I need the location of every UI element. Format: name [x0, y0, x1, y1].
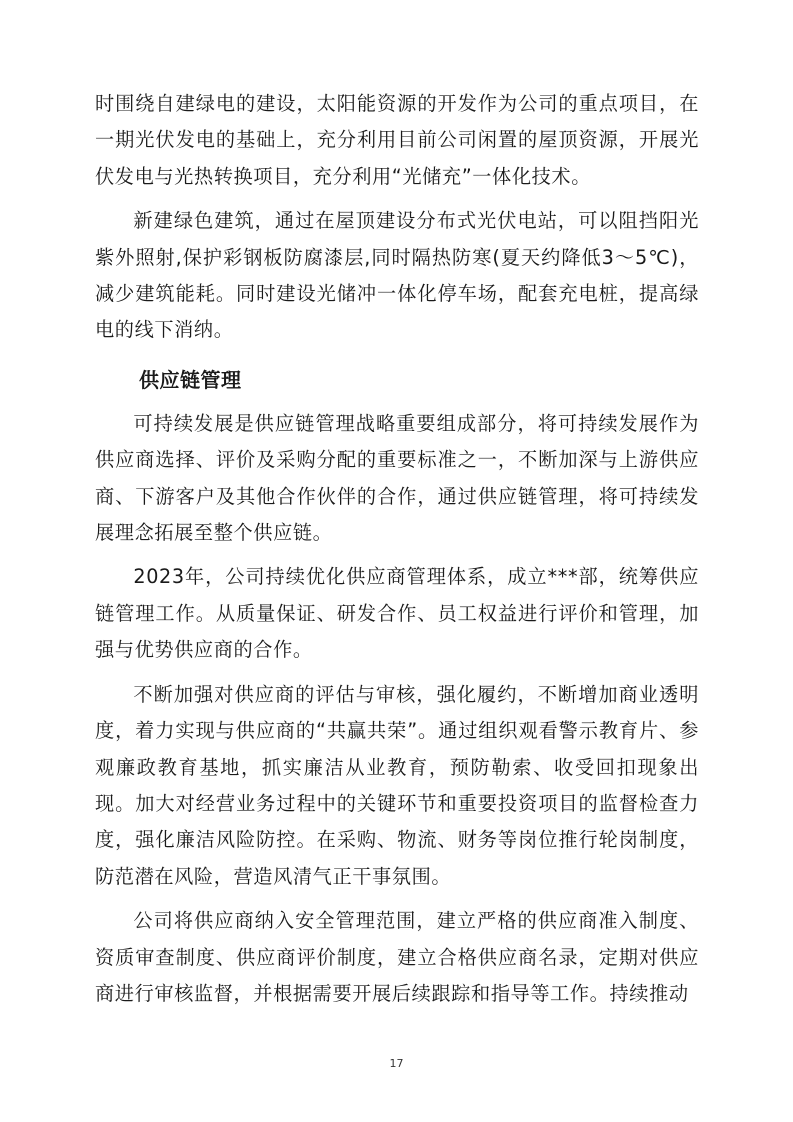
page-number: 17	[0, 1057, 793, 1070]
paragraph-supplier-evaluation: 不断加强对供应商的评估与审核，强化履约，不断增加商业透明度，着力实现与供应商的“…	[95, 677, 699, 895]
document-page: 时围绕自建绿电的建设，太阳能资源的开发作为公司的重点项目，在一期光伏发电的基础上…	[95, 86, 699, 1020]
paragraph-sustainability-supply-chain: 可持续发展是供应链管理战略重要组成部分，将可持续发展作为供应商选择、评价及采购分…	[95, 406, 699, 552]
paragraph-green-building: 新建绿色建筑，通过在屋顶建设分布式光伏电站，可以阻挡阳光紫外照射,保护彩钢板防腐…	[95, 203, 699, 349]
paragraph-continued: 时围绕自建绿电的建设，太阳能资源的开发作为公司的重点项目，在一期光伏发电的基础上…	[95, 86, 699, 195]
paragraph-supplier-safety-management: 公司将供应商纳入安全管理范围，建立严格的供应商准入制度、资质审查制度、供应商评价…	[95, 903, 699, 1012]
paragraph-2023-supplier-management: 2023年，公司持续优化供应商管理体系，成立***部，统筹供应链管理工作。从质量…	[95, 559, 699, 668]
section-heading-supply-chain: 供应链管理	[95, 363, 699, 397]
